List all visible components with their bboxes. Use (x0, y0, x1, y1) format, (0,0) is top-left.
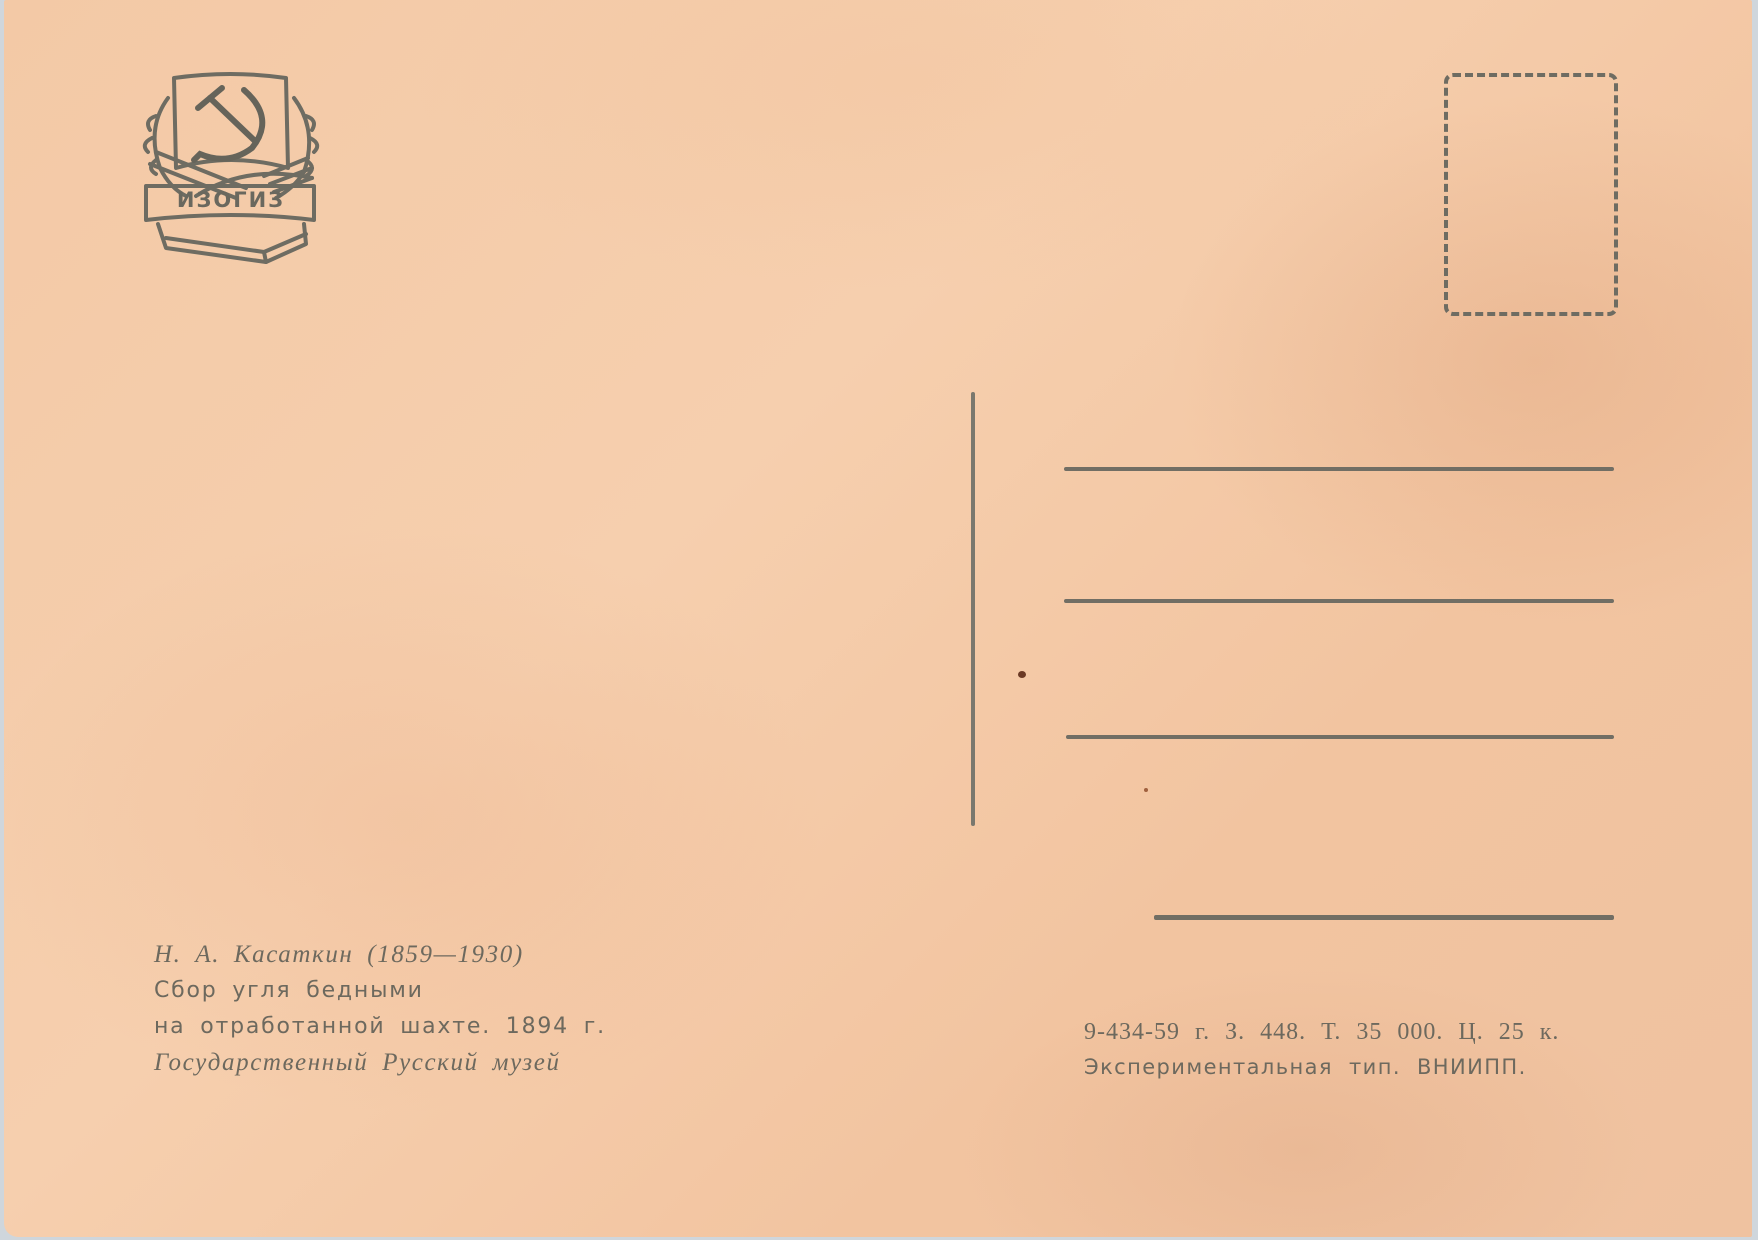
artist-years: (1859—1930) (367, 941, 523, 968)
artwork-title-line-2: на отработанной шахте. 1894 г. (154, 1009, 606, 1045)
publisher-logo: ИЗОГИЗ (136, 68, 326, 272)
publisher-name: ИЗОГИЗ (150, 188, 312, 212)
artwork-title-line-1: Сбор угля бедными (154, 973, 606, 1009)
address-line-2 (1064, 599, 1614, 603)
address-line-4 (1154, 915, 1614, 920)
stamp-placeholder (1444, 73, 1618, 316)
artist-line: Н. А. Касаткин (1859—1930) (154, 937, 606, 973)
collection-name: Государственный Русский музей (154, 1045, 606, 1081)
message-address-divider (971, 392, 975, 826)
ink-speck (1018, 671, 1026, 678)
hammer-sickle-icon (136, 68, 326, 272)
address-line-1 (1064, 467, 1614, 471)
imprint-line-1: 9-434-59 г. З. 448. Т. 35 000. Ц. 25 к. (1084, 1015, 1559, 1050)
artwork-caption: Н. А. Касаткин (1859—1930) Сбор угля бед… (154, 937, 606, 1081)
ink-speck (1144, 788, 1148, 792)
address-line-3 (1066, 735, 1614, 739)
print-imprint: 9-434-59 г. З. 448. Т. 35 000. Ц. 25 к. … (1084, 1015, 1559, 1085)
postcard-back: ИЗОГИЗ Н. А. Касаткин (1859—1930) Сбор у… (4, 0, 1752, 1237)
artist-name: Н. А. Касаткин (154, 941, 353, 968)
imprint-line-2: Экспериментальная тип. ВНИИПП. (1084, 1050, 1559, 1085)
